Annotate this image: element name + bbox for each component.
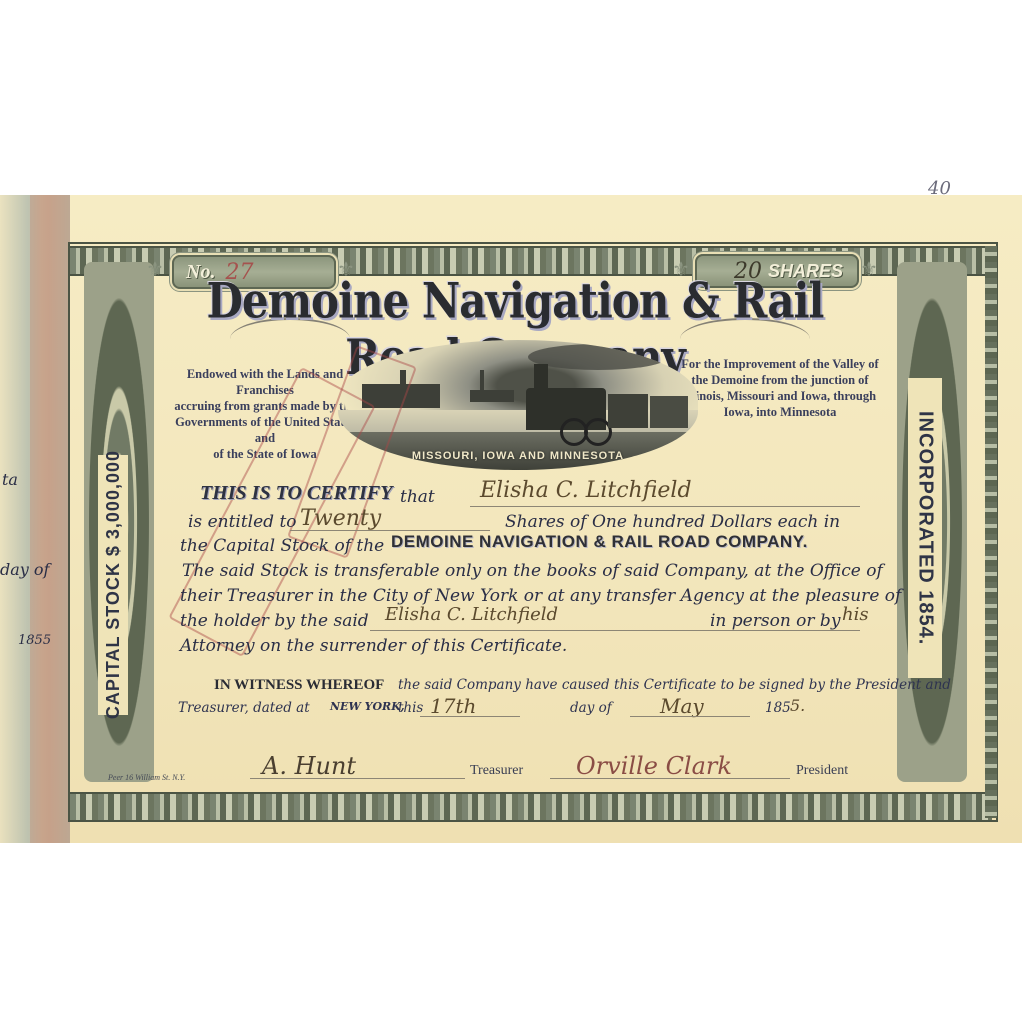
witness-heading: IN WITNESS WHEREOF xyxy=(214,677,384,694)
steamboat-stack xyxy=(480,370,484,390)
stub-fragment: ta xyxy=(2,470,18,489)
pronoun-hand: his xyxy=(842,604,869,625)
fleur-ornament-icon: ⚜ xyxy=(146,257,164,282)
fill-line xyxy=(290,530,490,531)
vignette-caption: MISSOURI, IOWA AND MINNESOTA xyxy=(338,450,698,462)
fleur-ornament-icon: ⚜ xyxy=(860,257,878,282)
incorporated-label: INCORPORATED 1854. xyxy=(908,378,942,678)
rail-car xyxy=(608,394,648,428)
day-hand: 17th xyxy=(430,694,476,718)
witness-text: day of xyxy=(570,700,612,716)
witness-text: this xyxy=(398,700,423,716)
signature-line xyxy=(250,778,465,779)
fill-line xyxy=(420,716,520,717)
body-text: in person or by xyxy=(710,611,840,631)
year-hand: 5. xyxy=(790,696,805,715)
year-printed: 185 xyxy=(765,700,791,716)
incorporated-text: INCORPORATED 1854. xyxy=(914,411,937,645)
engraver-imprint: Peer 16 William St. N.Y. xyxy=(108,773,185,782)
signature-line xyxy=(550,778,790,779)
stub-fragment: 1855 xyxy=(18,633,51,648)
treasurer-label: Treasurer xyxy=(470,763,523,779)
president-signature: Orville Clark xyxy=(576,752,732,780)
rail-car xyxy=(650,396,688,428)
body-text: Shares of One hundred Dollars each in xyxy=(505,512,840,532)
capital-stock-label: CAPITAL STOCK $ 3,000,000 xyxy=(98,455,128,715)
fill-line xyxy=(630,716,750,717)
body-text: the holder by the said xyxy=(180,611,369,631)
motto-line: For the Improvement of the Valley of xyxy=(680,356,880,372)
month-hand: May xyxy=(660,694,704,718)
motto-line: Illinois, Missouri and Iowa, through xyxy=(680,388,880,404)
locomotive-stack xyxy=(534,364,548,390)
smoke xyxy=(528,344,668,370)
tape-residue xyxy=(30,195,70,843)
president-label: President xyxy=(796,763,848,779)
body-text: Attorney on the surrender of this Certif… xyxy=(180,636,567,656)
company-name-caps: DEMOINE NAVIGATION & RAIL ROAD COMPANY. xyxy=(391,532,808,552)
right-motto: For the Improvement of the Valley of the… xyxy=(680,356,880,420)
witness-text: the said Company have caused this Certif… xyxy=(398,677,951,693)
capital-stock-text: CAPITAL STOCK $ 3,000,000 xyxy=(103,450,124,719)
holder-name: Elisha C. Litchfield xyxy=(480,478,692,503)
body-text: is entitled to xyxy=(188,512,297,532)
motto-line: Iowa, into Minnesota xyxy=(680,404,880,420)
fill-line xyxy=(470,506,860,507)
body-text: The said Stock is transferable only on t… xyxy=(182,561,883,581)
share-count-words: Twenty xyxy=(300,506,381,531)
motto-line: the Demoine from the junction of xyxy=(680,372,880,388)
body-text: their Treasurer in the City of New York … xyxy=(180,586,901,606)
treasurer-signature: A. Hunt xyxy=(262,752,356,780)
witness-city: NEW YORK, xyxy=(330,700,405,713)
witness-text: Treasurer, dated at xyxy=(178,700,310,716)
bottom-ornamental-border xyxy=(70,792,992,822)
steamboat-icon xyxy=(470,390,514,402)
right-ornamental-border xyxy=(985,246,997,818)
certify-heading: THIS IS TO CERTIFY xyxy=(200,482,392,505)
holder-name-repeat: Elisha C. Litchfield xyxy=(385,604,558,625)
stub-fragment: day of xyxy=(0,560,49,579)
pencil-annotation: 40 xyxy=(928,178,951,199)
body-text: the Capital Stock of the xyxy=(180,536,384,556)
body-text: that xyxy=(400,487,435,507)
